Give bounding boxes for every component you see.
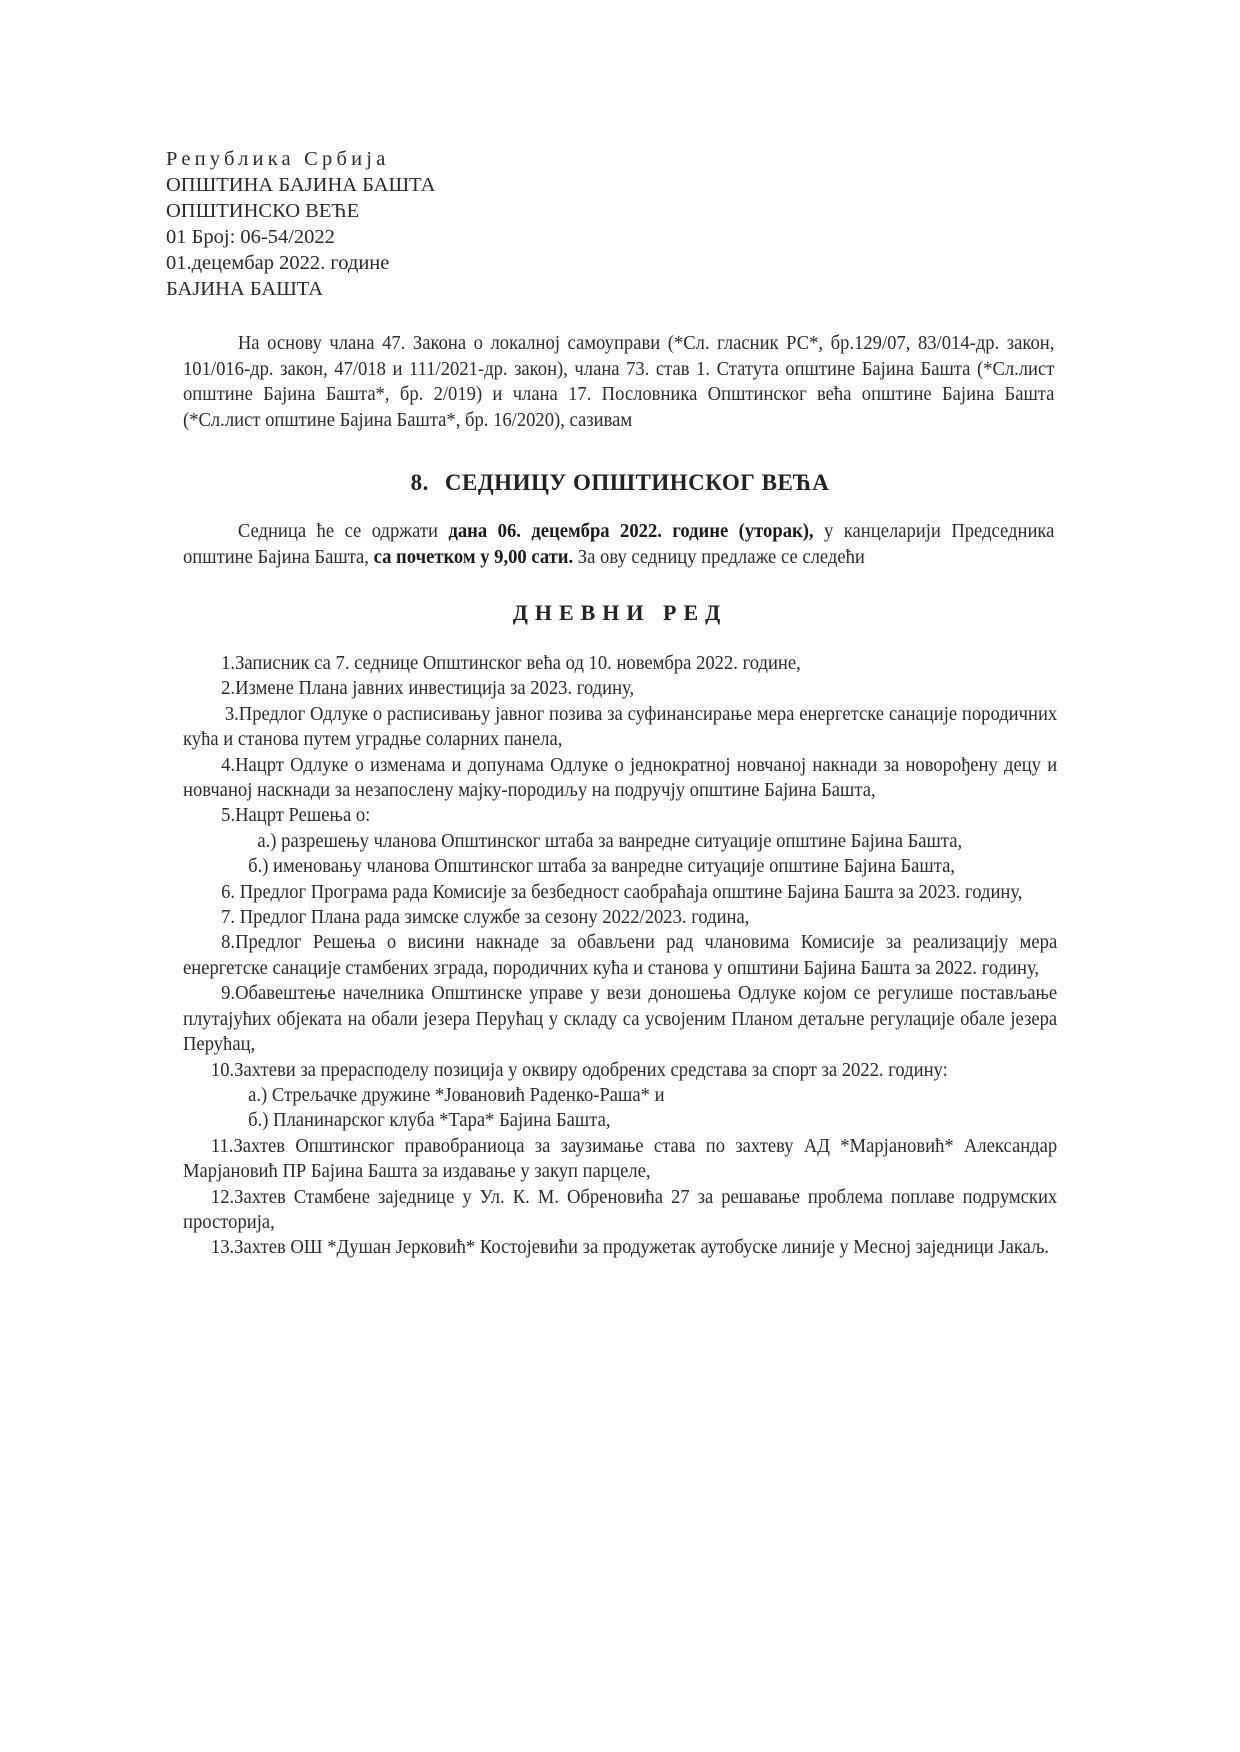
agenda-item: 8.Предлог Решења о висини накнаде за оба… [183,930,1057,981]
agenda-item: 3.Предлог Одлуке о расписивању јавног по… [183,702,1057,753]
session-details-paragraph: Седница ће се одржати дана 06. децембра … [183,519,1054,570]
session-title-text: СЕДНИЦУ ОПШТИНСКОГ ВЕЋА [445,470,829,495]
session-date: дана 06. децембра 2022. године (уторак), [448,520,813,542]
document-place: БАЈИНА БАШТА [166,276,435,302]
agenda-list: 1.Записник са 7. седнице Општинског већа… [183,651,1057,1261]
document-date: 01.децембар 2022. године [166,250,435,276]
agenda-item: 11.Захтев Општинског правобраниоца за за… [183,1134,1057,1185]
agenda-item: 7. Предлог Плана рада зимске службе за с… [183,905,1057,930]
agenda-subitem: б.) именовању чланова Општинског штаба з… [183,854,1057,879]
council-name: ОПШТИНСКО ВЕЋЕ [166,198,435,224]
session-start-time: са почетком у 9,00 сати. [374,546,574,568]
legal-basis-paragraph: На основу члана 47. Закона о локалној са… [183,331,1054,433]
document-page: Република Србија ОПШТИНА БАЈИНА БАШТА ОП… [0,0,1240,1752]
session-text-1: Седница ће се одржати [238,520,449,542]
agenda-item: 10.Захтеви за прерасподелу позиција у ок… [183,1058,1057,1083]
session-text-3: За ову седницу предлаже се следећи [573,546,865,568]
agenda-title: ДНЕВНИ РЕД [0,600,1240,626]
agenda-item: 1.Записник са 7. седнице Општинског већа… [183,651,1057,676]
municipality-name: ОПШТИНА БАЈИНА БАШТА [166,172,435,198]
agenda-subitem: а.) разрешењу чланова Општинског штаба з… [183,829,1057,854]
session-title: 8.СЕДНИЦУ ОПШТИНСКОГ ВЕЋА [0,470,1240,496]
agenda-item: 5.Нацрт Решења о: [183,803,1057,828]
country-name: Република Србија [166,146,435,172]
session-number: 8. [411,470,429,495]
letterhead: Република Србија ОПШТИНА БАЈИНА БАШТА ОП… [166,146,435,302]
agenda-subitem: а.) Стрељачке дружине *Јовановић Раденко… [183,1083,1057,1108]
agenda-item: 13.Захтев ОШ *Душан Јерковић* Костојевић… [183,1235,1057,1260]
agenda-item: 12.Захтев Стамбене заједнице у Ул. К. М.… [183,1185,1057,1236]
agenda-item: 2.Измене Плана јавних инвестиција за 202… [183,676,1057,701]
agenda-subitem: б.) Планинарског клуба *Тара* Бајина Баш… [183,1108,1057,1133]
agenda-item: 6. Предлог Програма рада Комисије за без… [183,880,1057,905]
agenda-item: 9.Обавештење начелника Општинске управе … [183,981,1057,1057]
legal-basis-text: На основу члана 47. Закона о локалној са… [183,331,1054,433]
agenda-item: 4.Нацрт Одлуке о изменама и допунама Одл… [183,753,1057,804]
document-number: 01 Број: 06-54/2022 [166,224,435,250]
